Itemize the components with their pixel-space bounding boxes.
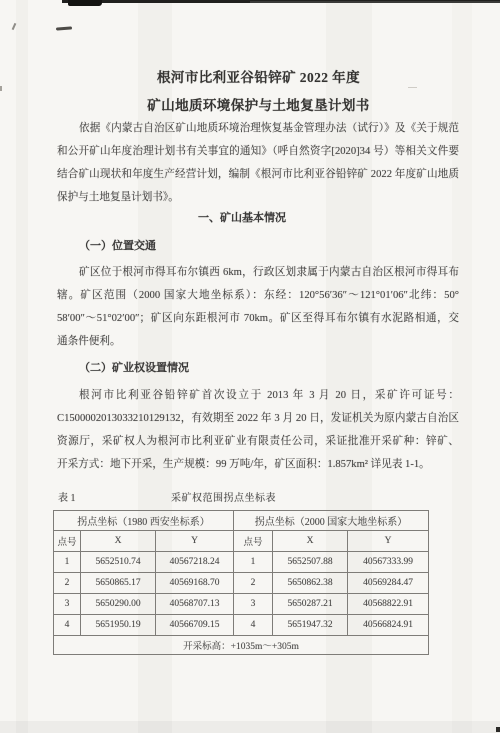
table-title: 采矿权范围拐点坐标表 <box>171 489 276 504</box>
table-cell: 1 <box>54 552 81 573</box>
group-header-cgcs2000: 拐点坐标（2000 国家大地坐标系） <box>234 511 429 531</box>
scan-mark <box>12 23 17 30</box>
table-cell: 4 <box>234 615 273 636</box>
document-title-line2: 矿山地质环境保护与土地复垦计划书 <box>57 94 460 114</box>
table-cell: 40566824.91 <box>348 615 429 636</box>
document-title-line1: 根河市比利亚谷铅锌矿 2022 年度 <box>57 66 460 86</box>
subheading-mining-rights: （二）矿业权设置情况 <box>79 357 189 380</box>
table-caption: 表 1 采矿权范围拐点坐标表 <box>53 489 428 505</box>
section-heading-basic-info: 一、矿山基本情况 <box>57 207 427 230</box>
paragraph-mining-rights-line: 资源厅，采矿权人为根河市比利亚矿业有限责任公司，采证批准开采矿种：锌矿、铅、银， <box>57 430 459 453</box>
table-cell: 3 <box>234 594 273 615</box>
paragraph-intro-line: 依据《内蒙古自治区矿山地质环境治理恢复基金管理办法（试行）》及《关于规范编制 <box>57 117 459 140</box>
table-cell: 5651950.19 <box>81 615 156 636</box>
table-label: 表 1 <box>58 489 76 504</box>
table-cell: 5652510.74 <box>81 552 156 573</box>
table-cell: 5650865.17 <box>81 573 156 594</box>
scan-bottom-shade <box>0 721 500 733</box>
paragraph-location-line: 辖。矿区范围（2000 国家大地坐标系）：东经：120°56′36″～121°0… <box>57 284 459 307</box>
scanned-document-page: 根河市比利亚谷铅锌矿 2022 年度 矿山地质环境保护与土地复垦计划书 依据《内… <box>0 0 500 733</box>
table-cell: 1 <box>234 552 273 573</box>
scan-streak <box>16 0 28 733</box>
table-footer-row: 开采标高：+1035m～+305m <box>54 636 429 655</box>
scan-mark <box>0 86 2 91</box>
table-row: 25650865.1740569168.7025650862.384056928… <box>54 573 429 594</box>
paragraph-intro-line: 和公开矿山年度治理计划书有关事宜的通知》（呼自然资字[2020]34 号）等相关… <box>57 140 459 163</box>
paragraph-mining-rights-line: 根河市比利亚谷铅锌矿首次设立于 2013 年 3 月 20 日，采矿许可证号： <box>57 384 459 407</box>
scan-mark <box>56 26 72 30</box>
corner-points-coordinates-table: 拐点坐标（1980 西安坐标系） 拐点坐标（2000 国家大地坐标系） 点号XY… <box>53 510 429 655</box>
table-cell: 40569284.47 <box>348 573 429 594</box>
paragraph-location-line: 矿区位于根河市得耳布尔镇西 6km，行政区划隶属于内蒙古自治区根河市得耳布尔镇管 <box>57 261 459 284</box>
paragraph-location-line: 58′00″～51°02′00″；矿区向东距根河市 70km。矿区至得耳布尔镇有… <box>57 307 459 330</box>
scan-edge-artifact <box>68 0 102 6</box>
table-cell: 2 <box>234 573 273 594</box>
paragraph-intro-line: 保护与土地复垦计划书》。 <box>57 186 459 209</box>
table-cell: 4 <box>54 615 81 636</box>
paragraph-intro-line: 结合矿山现状和年度生产经营计划，编制《根河市比利亚谷铅锌矿 2022 年度矿山地… <box>57 163 459 186</box>
subheading-location-traffic: （一）位置交通 <box>79 235 156 258</box>
table-cell: 5650290.00 <box>81 594 156 615</box>
table-row: 35650290.0040568707.1335650287.214056882… <box>54 594 429 615</box>
table-cell: 5650862.38 <box>273 573 348 594</box>
paragraph-mining-rights-line: 开采方式：地下开采，生产规模：99 万吨/年，矿区面积：1.857km² 详见表… <box>57 453 459 476</box>
paragraph-location-line: 通条件便利。 <box>57 330 459 353</box>
scan-edge-artifact <box>250 1 500 3</box>
column-header: X <box>273 531 348 552</box>
column-header: 点号 <box>54 531 81 552</box>
paragraph-mining-rights-line: C1500002013033210129132，有效期至 2022 年 3 月 … <box>57 407 459 430</box>
table-cell: 5651947.32 <box>273 615 348 636</box>
table-cell: 5652507.88 <box>273 552 348 573</box>
table-column-header-row: 点号XY点号XY <box>54 531 429 552</box>
table-row: 45651950.1940566709.1545651947.324056682… <box>54 615 429 636</box>
column-header: Y <box>348 531 429 552</box>
table-cell: 40566709.15 <box>156 615 234 636</box>
table-cell: 40569168.70 <box>156 573 234 594</box>
column-header: Y <box>156 531 234 552</box>
scan-mark <box>496 727 500 732</box>
table-cell: 40568707.13 <box>156 594 234 615</box>
group-header-xian1980: 拐点坐标（1980 西安坐标系） <box>54 511 234 531</box>
table-cell: 5650287.21 <box>273 594 348 615</box>
paragraph-mining-rights: 根河市比利亚谷铅锌矿首次设立于 2013 年 3 月 20 日，采矿许可证号：C… <box>57 384 459 476</box>
table-row: 15652510.7440567218.2415652507.884056733… <box>54 552 429 573</box>
table-footer-elevation: 开采标高：+1035m～+305m <box>54 636 429 655</box>
column-header: X <box>81 531 156 552</box>
paragraph-intro: 依据《内蒙古自治区矿山地质环境治理恢复基金管理办法（试行）》及《关于规范编制和公… <box>57 117 459 209</box>
paragraph-location: 矿区位于根河市得耳布尔镇西 6km，行政区划隶属于内蒙古自治区根河市得耳布尔镇管… <box>57 261 459 353</box>
table-cell: 3 <box>54 594 81 615</box>
column-header: 点号 <box>234 531 273 552</box>
table-cell: 40567218.24 <box>156 552 234 573</box>
table-cell: 40567333.99 <box>348 552 429 573</box>
table-cell: 40568822.91 <box>348 594 429 615</box>
scan-mark <box>408 87 417 88</box>
table-group-header-row: 拐点坐标（1980 西安坐标系） 拐点坐标（2000 国家大地坐标系） <box>54 511 429 531</box>
table-cell: 2 <box>54 573 81 594</box>
